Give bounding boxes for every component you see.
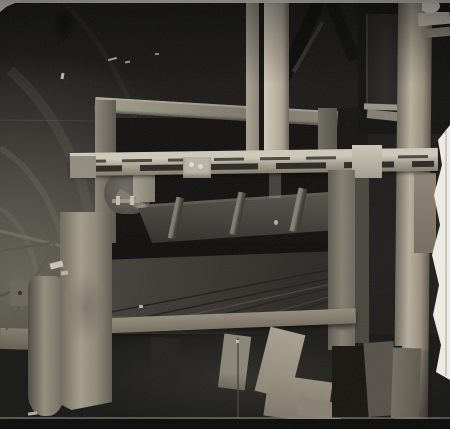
dust-speck-7 <box>236 340 239 343</box>
top-border <box>0 0 450 3</box>
bottom-right-plank-light <box>391 348 421 419</box>
wall-box <box>366 14 398 108</box>
center-vertical-plank-back <box>355 178 369 343</box>
bottom-border <box>0 419 450 429</box>
axle-bolt-1 <box>116 196 120 205</box>
dark-leg <box>149 337 180 381</box>
center-post-bright <box>264 0 289 170</box>
rail-left-tab <box>70 156 96 178</box>
rail-plate-bolt-1 <box>189 162 194 167</box>
torn-right-edge <box>422 0 450 429</box>
dust-speck-6 <box>139 305 143 308</box>
film-scratch <box>237 338 239 418</box>
center-post-narrow <box>246 0 259 168</box>
rail-plate-bolt-2 <box>198 164 203 169</box>
photograph <box>0 0 450 429</box>
wide-plank-post <box>60 212 112 410</box>
chute-bolt <box>274 220 278 225</box>
round-post <box>28 276 64 416</box>
plate-hole-1 <box>18 291 22 295</box>
dust-speck-4 <box>155 53 159 55</box>
axle-bolt-2 <box>130 196 134 205</box>
rail-slider-block <box>352 145 382 178</box>
dark-smudge <box>52 5 76 43</box>
rail-plate <box>183 157 211 178</box>
